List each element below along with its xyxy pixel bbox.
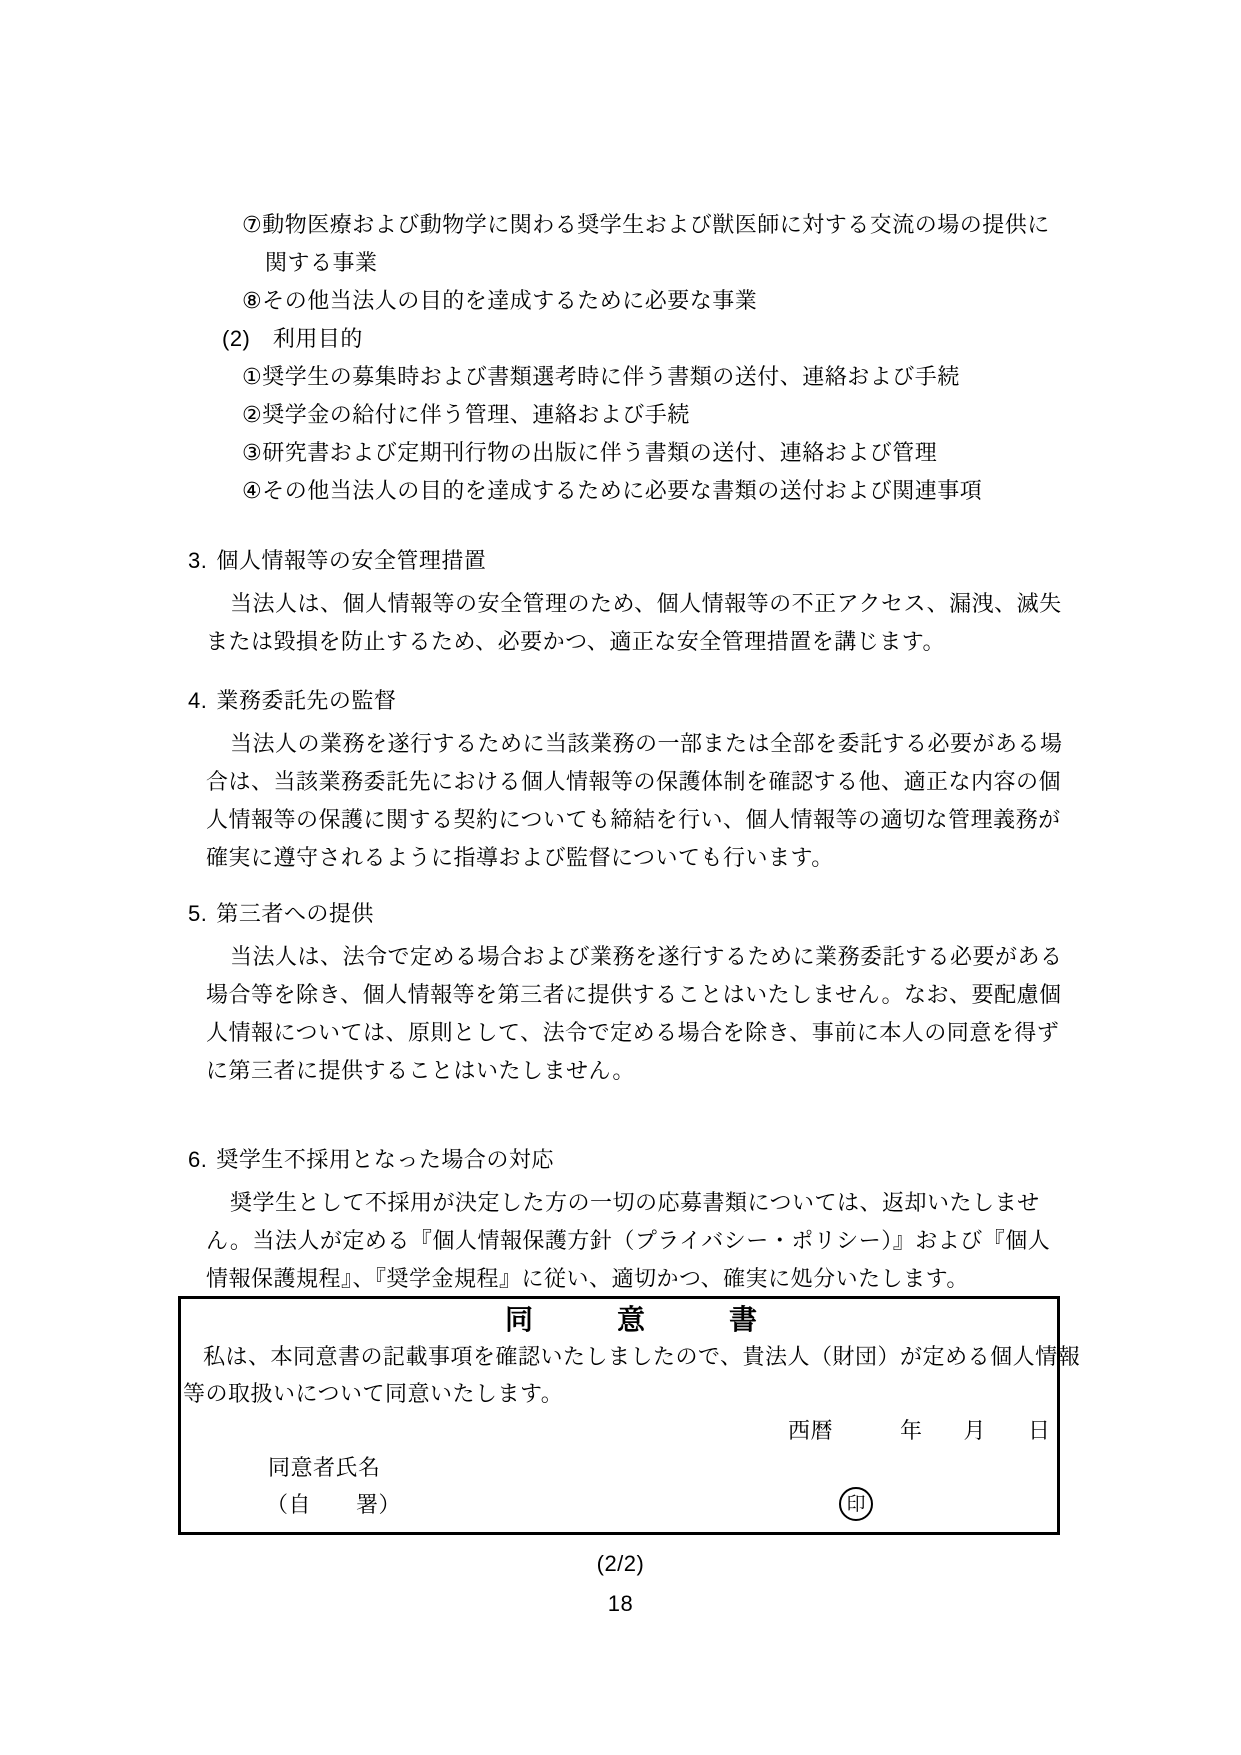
- paragraph-line: 人情報については、原則として、法令で定める場合を除き、事前に本人の同意を得ず: [206, 1014, 1241, 1052]
- section-rejected-applicants: 6.奨学生不採用となった場合の対応 奨学生として不採用が決定した方の一切の応募書…: [188, 1141, 1241, 1298]
- section-title: 奨学生不採用となった場合の対応: [216, 1147, 554, 1172]
- list-item-1: ①奨学生の募集時および書類選考時に伴う書類の送付、連絡および手続: [242, 358, 1241, 396]
- month-label: 月: [964, 1412, 987, 1449]
- date-fill-in-line: 西暦 年 月 日: [183, 1412, 1057, 1449]
- year-label: 年: [900, 1412, 923, 1449]
- section-heading: 6.奨学生不採用となった場合の対応: [188, 1141, 1241, 1179]
- era-label: 西暦: [788, 1412, 833, 1449]
- list-item-8: ⑧その他当法人の目的を達成するために必要な事業: [242, 282, 1241, 320]
- list-item-2: ②奨学金の給付に伴う管理、連絡および手続: [242, 396, 1241, 434]
- section-title: 業務委託先の監督: [216, 688, 396, 713]
- section-paragraph: 奨学生として不採用が決定した方の一切の応募書類については、返却いたしませ ん。当…: [206, 1184, 1241, 1298]
- section-paragraph: 当法人の業務を遂行するために当該業務の一部または全部を委託する必要がある場 合は…: [206, 725, 1241, 877]
- list-item-7-continuation: 関する事業: [265, 244, 1241, 282]
- section-heading: 3.個人情報等の安全管理措置: [188, 542, 1241, 580]
- section-safety-management: 3.個人情報等の安全管理措置 当法人は、個人情報等の安全管理のため、個人情報等の…: [188, 542, 1241, 661]
- paragraph-line: 当法人は、個人情報等の安全管理のため、個人情報等の不正アクセス、漏洩、滅失: [206, 585, 1241, 623]
- paragraph-line: 当法人の業務を遂行するために当該業務の一部または全部を委託する必要がある場: [206, 725, 1241, 763]
- day-label: 日: [1028, 1412, 1051, 1449]
- self-signature-label: （自 署）: [266, 1492, 401, 1517]
- list-item-4: ④その他当法人の目的を達成するために必要な書類の送付および関連事項: [242, 472, 1241, 510]
- paragraph-line: 当法人は、法令で定める場合および業務を遂行するために業務委託する必要がある: [206, 938, 1241, 976]
- signer-name-label: 同意者氏名: [268, 1449, 1057, 1486]
- list-item-3: ③研究書および定期刊行物の出版に伴う書類の送付、連絡および管理: [242, 434, 1241, 472]
- document-page: ⑦動物医療および動物学に関わる奨学生および獣医師に対する交流の場の提供に 関する…: [0, 0, 1241, 1755]
- paragraph-line: に第三者に提供することはいたしません。: [206, 1052, 1241, 1090]
- sheet-indicator: (2/2): [0, 1544, 1241, 1584]
- subsection-heading-usage-purpose: (2) 利用目的: [222, 320, 1241, 358]
- seal-stamp-icon: 印: [839, 1487, 873, 1521]
- paragraph-line: 合は、当該業務委託先における個人情報等の保護体制を確認する他、適正な内容の個: [206, 763, 1241, 801]
- page-footer: (2/2) 18: [0, 1544, 1241, 1624]
- section-number: 3.: [188, 548, 207, 573]
- consent-form-box: 同 意 書 私は、本同意書の記載事項を確認いたしましたので、貴法人（財団）が定め…: [178, 1296, 1060, 1535]
- section-paragraph: 当法人は、個人情報等の安全管理のため、個人情報等の不正アクセス、漏洩、滅失 また…: [206, 585, 1241, 661]
- paragraph-line: 場合等を除き、個人情報等を第三者に提供することはいたしません。なお、要配慮個: [206, 976, 1241, 1014]
- paragraph-line: 確実に遵守されるように指導および監督についても行います。: [206, 839, 1241, 877]
- section-number: 5.: [188, 901, 207, 926]
- numbered-list: ⑦動物医療および動物学に関わる奨学生および獣医師に対する交流の場の提供に 関する…: [188, 206, 1241, 510]
- paragraph-line: 情報保護規程』、『奨学金規程』に従い、適切かつ、確実に処分いたします。: [206, 1260, 1241, 1298]
- section-number: 4.: [188, 688, 207, 713]
- section-title: 個人情報等の安全管理措置: [216, 548, 486, 573]
- section-third-party-provision: 5.第三者への提供 当法人は、法令で定める場合および業務を遂行するために業務委託…: [188, 895, 1241, 1090]
- section-contractor-supervision: 4.業務委託先の監督 当法人の業務を遂行するために当該業務の一部または全部を委託…: [188, 682, 1241, 877]
- section-heading: 4.業務委託先の監督: [188, 682, 1241, 720]
- paragraph-line: ん。当法人が定める『個人情報保護方針（プライバシー・ポリシー）』および『個人: [206, 1222, 1241, 1260]
- page-number: 18: [0, 1584, 1241, 1624]
- list-item-7: ⑦動物医療および動物学に関わる奨学生および獣医師に対する交流の場の提供に: [242, 206, 1241, 244]
- section-heading: 5.第三者への提供: [188, 895, 1241, 933]
- consent-statement-line: 私は、本同意書の記載事項を確認いたしましたので、貴法人（財団）が定める個人情報: [183, 1338, 1057, 1375]
- signature-line: （自 署） 印: [266, 1486, 1057, 1523]
- section-title: 第三者への提供: [216, 901, 374, 926]
- paragraph-line: 奨学生として不採用が決定した方の一切の応募書類については、返却いたしませ: [206, 1184, 1241, 1222]
- paragraph-line: 人情報等の保護に関する契約についても締結を行い、個人情報等の適切な管理義務が: [206, 801, 1241, 839]
- section-paragraph: 当法人は、法令で定める場合および業務を遂行するために業務委託する必要がある 場合…: [206, 938, 1241, 1090]
- seal-character: 印: [846, 1486, 865, 1523]
- consent-form-title: 同 意 書: [183, 1301, 1057, 1338]
- consent-statement-line: 等の取扱いについて同意いたします。: [183, 1375, 1057, 1412]
- paragraph-line: または毀損を防止するため、必要かつ、適正な安全管理措置を講じます。: [206, 623, 1241, 661]
- section-number: 6.: [188, 1147, 207, 1172]
